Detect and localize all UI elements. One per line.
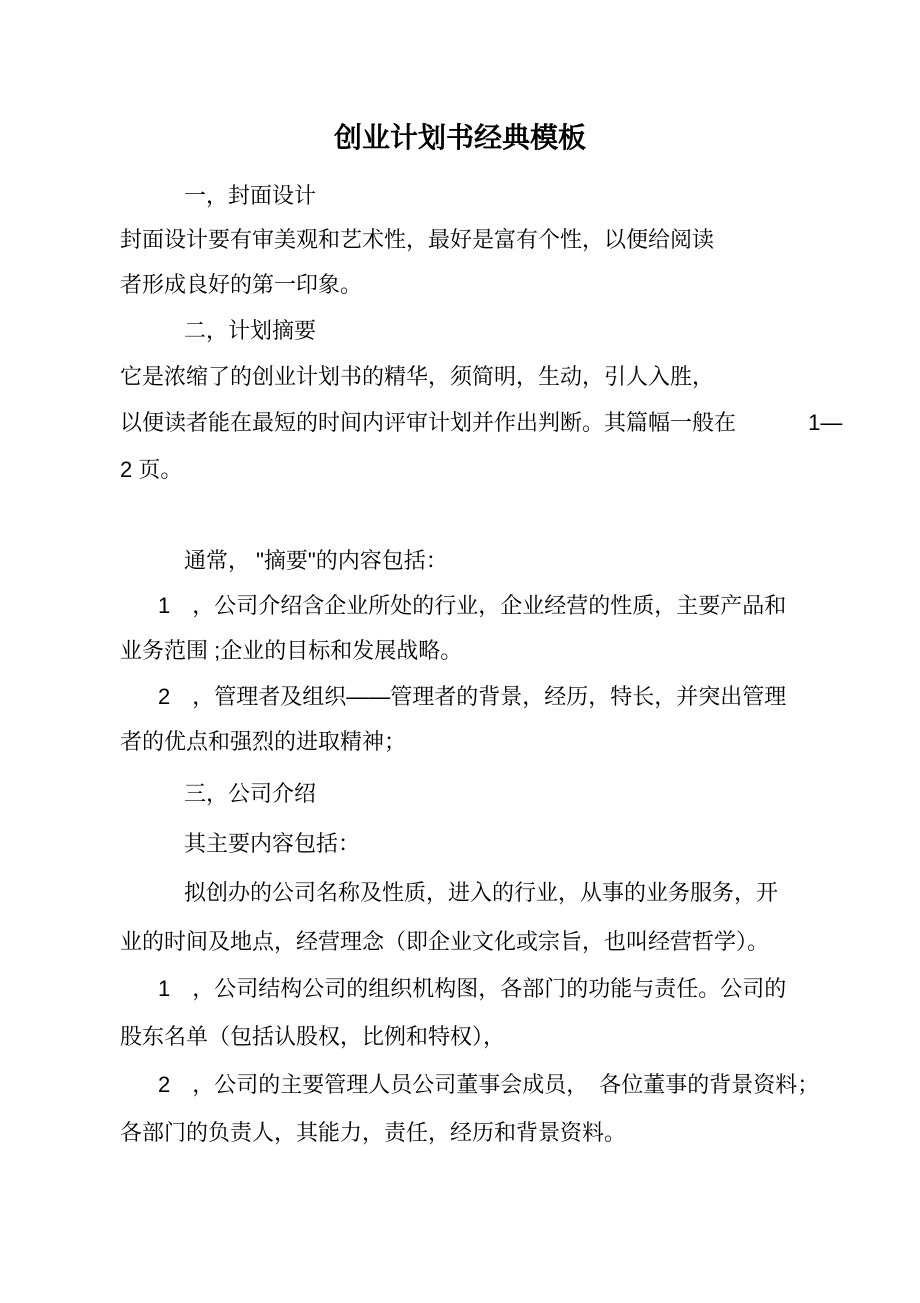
body-line-main-content: 其主要内容包括： [184,830,360,858]
document-page: 创业计划书经典模板 一，封面设计 封面设计要有审美观和艺术性，最好是富有个性，以… [0,0,920,1303]
body-line: 封面设计要有审美观和艺术性，最好是富有个性，以便给阅读 [120,226,714,254]
body-line: 业务范围 ;企业的目标和发展战略。 [120,637,462,665]
body-line: 者形成良好的第一印象。 [120,271,362,299]
numbered-item-line: 2 ，管理者及组织——管理者的背景，经历，特长，并突出管理 [158,683,786,711]
body-line: 拟创办的公司名称及性质，进入的行业，从事的业务服务，开 [184,879,778,907]
heading-line-company-intro: 三，公司介绍 [184,780,316,808]
body-line: 业的时间及地点，经营理念（即企业文化或宗旨，也叫经营哲学）。 [120,928,769,956]
numbered-item-line: 1 ，公司结构公司的组织机构图，各部门的功能与责任。公司的 [158,975,786,1003]
body-line-summary-intro: 通常， "摘要"的内容包括： [184,547,448,575]
heading-line-cover-design: 一，封面设计 [184,182,316,210]
body-line: 各部门的负责人，其能力，责任，经历和背景资料。 [120,1119,626,1147]
numbered-item-line: 2 ，公司的主要管理人员公司董事会成员， 各位董事的背景资料； [158,1071,819,1099]
heading-line-plan-summary: 二，计划摘要 [184,317,316,345]
body-line: 股东名单（包括认股权，比例和特权）， [120,1023,505,1051]
numbered-item-line: 1 ，公司介绍含企业所处的行业，企业经营的性质，主要产品和 [158,592,786,620]
body-line: 它是浓缩了的创业计划书的精华，须简明，生动，引人入胜， [120,363,714,391]
body-line: 以便读者能在最短的时间内评审计划并作出判断。其篇幅一般在 1— [120,409,842,437]
body-line: 2 页。 [120,456,182,484]
document-title: 创业计划书经典模板 [0,121,920,155]
body-line: 者的优点和强烈的进取精神； [120,728,406,756]
